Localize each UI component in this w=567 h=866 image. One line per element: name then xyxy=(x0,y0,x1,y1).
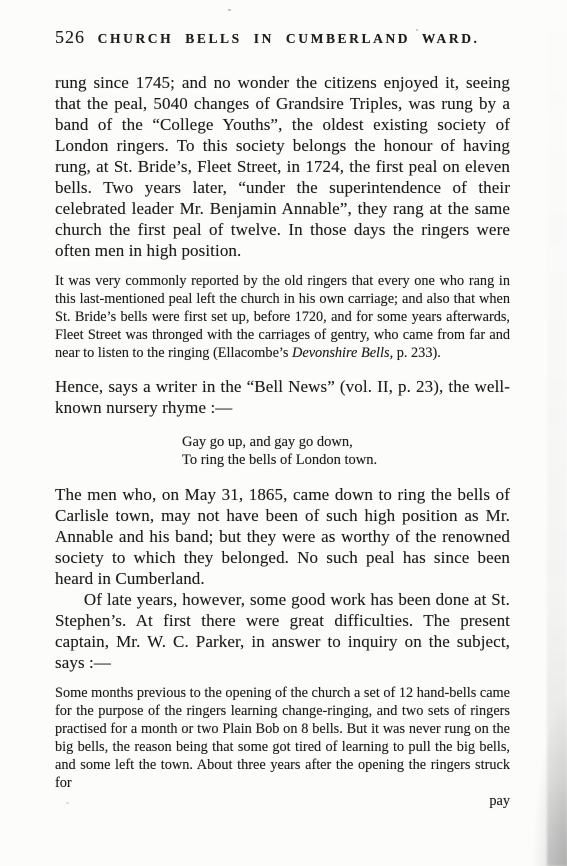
paragraph-men: The men who, on May 31, 1865, came down … xyxy=(55,484,510,589)
page-header: 526 CHURCH BELLS IN CUMBERLAND WARD. xyxy=(55,27,510,48)
catchword: pay xyxy=(55,792,510,810)
paragraph-excerpt-ringers: It was very commonly reported by the old… xyxy=(55,272,510,362)
excerpt-text-before: It was very commonly reported by the old… xyxy=(55,273,510,361)
page-body: rung since 1745; and no wonder the citiz… xyxy=(55,72,510,810)
verse-line-2: To ring the bells of London town. xyxy=(182,451,510,469)
paragraph-excerpt-parker: Some months previous to the opening of t… xyxy=(55,684,510,792)
paragraph-intro: rung since 1745; and no wonder the citiz… xyxy=(55,72,510,261)
scan-edge-shading xyxy=(547,0,567,866)
paper-speck xyxy=(228,9,231,11)
book-page-scan: 526 CHURCH BELLS IN CUMBERLAND WARD. run… xyxy=(0,0,567,866)
page-number: 526 xyxy=(55,27,98,48)
scan-corner-smudge xyxy=(533,696,567,866)
running-title: CHURCH BELLS IN CUMBERLAND WARD. xyxy=(98,31,480,47)
verse-line-1: Gay go up, and gay go down, xyxy=(182,433,510,451)
book-title-italic: Devonshire Bells xyxy=(292,345,390,361)
excerpt-text-after: , p. 233). xyxy=(390,345,441,361)
nursery-rhyme-verse: Gay go up, and gay go down, To ring the … xyxy=(182,433,510,469)
paragraph-late-years: Of late years, however, some good work h… xyxy=(55,589,510,673)
paragraph-hence: Hence, says a writer in the “Bell News” … xyxy=(55,376,510,418)
